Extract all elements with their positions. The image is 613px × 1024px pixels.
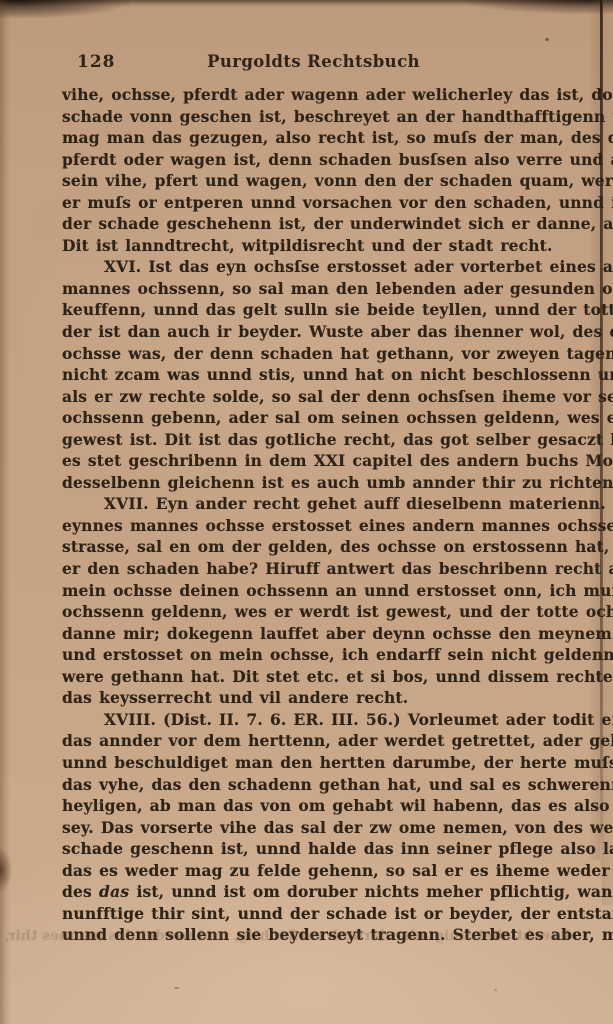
text-line-p3-l8: und erstosset on mein ochsse, ich endarf…	[62, 644, 585, 666]
text-line-p1-l5: sein vihe, pfert und wagen, vonn den der…	[62, 170, 585, 192]
page-header: 128 Purgoldts Rechtsbuch	[62, 52, 585, 74]
text-line-p3-l6: ochssenn geldenn, wes er werdt ist gewes…	[62, 601, 585, 623]
text-line-p2-l7: als er zw rechte solde, so sal der denn …	[62, 386, 585, 408]
text-line-p2-l5: ochsse was, der denn schaden hat gethann…	[62, 343, 585, 365]
paper-speck	[494, 989, 497, 991]
text-line-p3-l3: strasse, sal en om der gelden, des ochss…	[62, 536, 585, 558]
text-line-p2-l10: es stet geschribenn in dem XXI capitel d…	[62, 450, 585, 472]
text-line-p1-l8: Dit ist lanndtrecht, witpildisrecht und …	[62, 235, 585, 257]
text-line-p3-l5: mein ochsse deinen ochssenn an unnd erst…	[62, 580, 585, 602]
text-line-p1-l6: er muſs or entperen unnd vorsachen vor d…	[62, 192, 585, 214]
text-line-p2-l1: XVI. Ist das eyn ochsſse erstosset ader …	[62, 256, 585, 278]
text-line-p4-l3: unnd beschuldiget man den hertten darumb…	[62, 752, 585, 774]
text-line-p4-l8: das es weder mag zu felde gehenn, so sal…	[62, 860, 585, 882]
text-line-p2-l3: keuffenn, unnd das gelt sulln sie beide …	[62, 299, 585, 321]
paper-speck	[545, 38, 549, 41]
text-line-p3-l10: das keysserrecht und vil andere recht.	[62, 687, 585, 709]
text-line-p2-l4: der ist dan auch ir beyder. Wuste aber d…	[62, 321, 585, 343]
text-line-p4-l4: das vyhe, das den schadenn gethan hat, u…	[62, 774, 585, 796]
text-line-p4-l2: das annder vor dem herttenn, ader werdet…	[62, 730, 585, 752]
text-line-p3-l1: XVII. Eyn ander recht gehet auff dieselb…	[62, 493, 585, 515]
text-line-p4-l7: schade geschenn ist, unnd halde das inn …	[62, 838, 585, 860]
text-line-p2-l9: gewest ist. Dit ist das gotliche recht, …	[62, 429, 585, 451]
text-line-p1-l4: pferdt oder wagen ist, denn schaden busſ…	[62, 149, 585, 171]
text-line-p3-l4: er den schaden habe? Hiruff antwert das …	[62, 558, 585, 580]
text-line-p3-l2: eynnes mannes ochsse erstosset eines and…	[62, 515, 585, 537]
text-line-p4-l9: des das ist, unnd ist om doruber nichts …	[62, 881, 585, 903]
text-line-p3-l7: danne mir; dokegenn lauffet aber deynn o…	[62, 623, 585, 645]
text-line-p1-l1: vihe, ochsse, pferdt ader wagenn ader we…	[62, 84, 585, 106]
paper-speck	[174, 987, 179, 989]
text-line-p3-l9: were gethann hat. Dit stet etc. et si bo…	[62, 666, 585, 688]
text-line-p4-l6: sey. Das vorserte vihe das sal der zw om…	[62, 817, 585, 839]
running-title: Purgoldts Rechtsbuch	[62, 52, 565, 71]
text-line-p2-l6: nicht zcam was unnd stis, unnd hat on ni…	[62, 364, 585, 386]
book-page: 128 Purgoldts Rechtsbuch vihe, ochsse, p…	[0, 0, 613, 1024]
show-through-ghost-text: knecht abetrunig ader darumb vorfluchtig…	[58, 927, 570, 945]
text-line-p2-l2: mannes ochssenn, so sal man den lebenden…	[62, 278, 585, 300]
text-line-p2-l8: ochssenn gebenn, ader sal om seinen ochs…	[62, 407, 585, 429]
paper-blemish	[0, 848, 12, 892]
text-line-p1-l2: schade vonn geschen ist, beschreyet an d…	[62, 106, 585, 128]
text-line-p2-l11: desselbenn gleichenn ist es auch umb ann…	[62, 472, 585, 494]
scanned-book-page-screenshot: { "page": { "number": "128", "running_ti…	[0, 0, 613, 1024]
text-line-p4-l1: XVIII. (Dist. II. 7. 6. ER. III. 56.) Vo…	[62, 709, 585, 731]
text-line-p1-l3: mag man das gezugen, also recht ist, so …	[62, 127, 585, 149]
text-line-p4-l5: heyligen, ab man das von om gehabt wil h…	[62, 795, 585, 817]
text-line-p4-l10: nunfftige thir sint, unnd der schade ist…	[62, 903, 585, 925]
body-text: vihe, ochsse, pferdt ader wagenn ader we…	[62, 84, 585, 946]
page-corner-shadow-top-left	[0, 0, 130, 18]
text-line-p1-l7: der schade geschehenn ist, der underwind…	[62, 213, 585, 235]
